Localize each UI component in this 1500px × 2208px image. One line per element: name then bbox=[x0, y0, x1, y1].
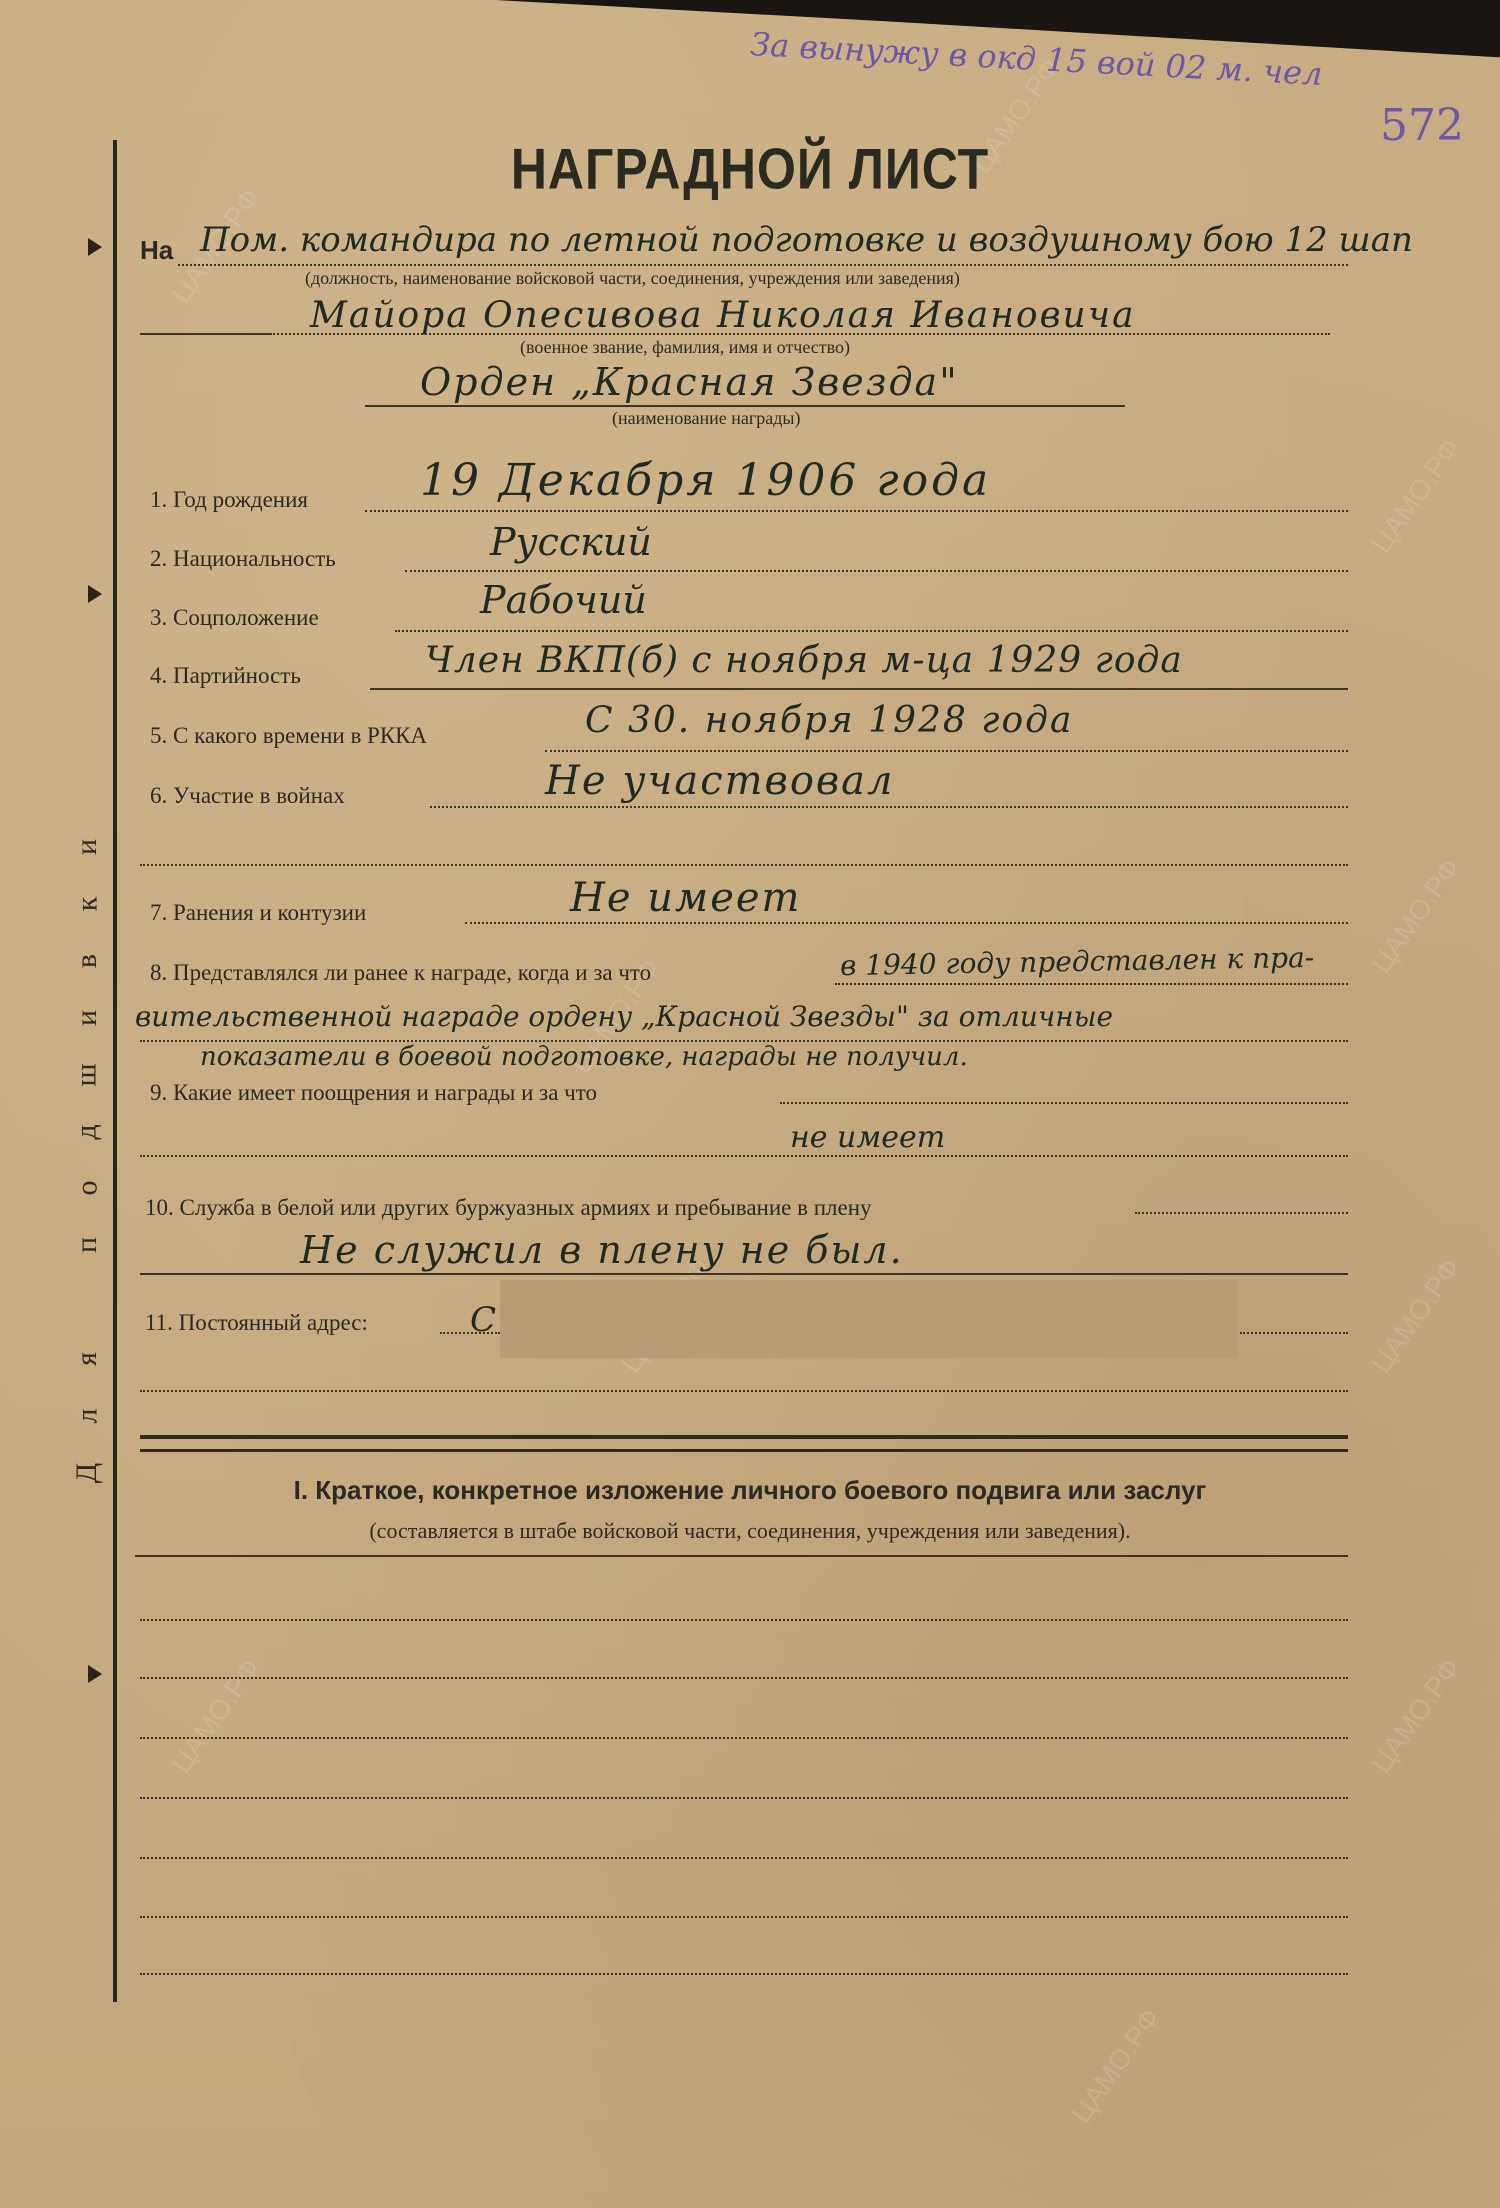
field-value-prev-award-2: вительственной награде ордену „Красной З… bbox=[135, 1000, 1113, 1033]
field-value-honors: не имеет bbox=[790, 1120, 945, 1155]
underline bbox=[140, 1273, 1348, 1275]
underline bbox=[178, 264, 1348, 266]
field-value-white-army: Не служил в плену не был. bbox=[300, 1228, 904, 1272]
underline bbox=[1240, 1332, 1348, 1334]
field-label-nationality: 2. Национальность bbox=[150, 546, 336, 572]
section-1-subtitle: (составляется в штабе войсковой части, с… bbox=[0, 1518, 1500, 1544]
underline bbox=[545, 750, 1348, 752]
field-label-birth: 1. Год рождения bbox=[150, 487, 308, 513]
field-label-prev-award: 8. Представлялся ли ранее к награде, ког… bbox=[150, 960, 651, 986]
underline bbox=[140, 1390, 1348, 1392]
field-label-party: 4. Партийность bbox=[150, 663, 301, 689]
field-label-white-army: 10. Служба в белой или других буржуазных… bbox=[145, 1195, 872, 1221]
field-value-party: Член ВКП(б) с ноября м-ца 1929 года bbox=[425, 640, 1183, 681]
field-label-wounds: 7. Ранения и контузии bbox=[150, 900, 366, 926]
underline bbox=[270, 333, 1330, 335]
name-caption: (военное звание, фамилия, имя и отчество… bbox=[520, 337, 850, 358]
margin-vertical-text: Для подшивки bbox=[62, 830, 112, 1490]
underline bbox=[465, 922, 1348, 924]
name-value: Майора Опесивова Николая Ивановича bbox=[310, 295, 1136, 336]
underline bbox=[365, 510, 1348, 512]
punch-mark bbox=[88, 238, 102, 256]
field-label-rkka: 5. С какого времени в РККА bbox=[150, 723, 427, 749]
field-value-birth: 19 Декабря 1906 года bbox=[420, 455, 991, 506]
writing-line bbox=[140, 1973, 1348, 1975]
writing-line bbox=[140, 1797, 1348, 1799]
writing-line bbox=[140, 1916, 1348, 1918]
underline bbox=[1135, 1212, 1348, 1214]
writing-line bbox=[140, 1619, 1348, 1621]
award-caption: (наименование награды) bbox=[612, 408, 801, 429]
underline bbox=[440, 1332, 500, 1334]
field-label-wars: 6. Участие в войнах bbox=[150, 783, 345, 809]
field-label-address: 11. Постоянный адрес: bbox=[145, 1310, 368, 1336]
position-caption: (должность, наименование войсковой части… bbox=[305, 268, 960, 289]
writing-line bbox=[140, 1737, 1348, 1739]
underline bbox=[140, 864, 1348, 866]
underline bbox=[395, 630, 1348, 632]
field-value-rkka: С 30. ноября 1928 года bbox=[585, 700, 1073, 741]
underline bbox=[835, 983, 1348, 985]
field-value-wounds: Не имеет bbox=[570, 875, 801, 921]
writing-line bbox=[140, 1857, 1348, 1859]
underline bbox=[140, 333, 270, 335]
field-value-prev-award-3: показатели в боевой подготовке, награды … bbox=[200, 1042, 968, 1072]
underline bbox=[140, 1155, 1348, 1157]
punch-mark bbox=[88, 1665, 102, 1683]
underline bbox=[430, 806, 1348, 808]
underline bbox=[135, 1555, 1348, 1557]
field-value-wars: Не участвовал bbox=[545, 758, 895, 804]
document-title: НАГРАДНОЙ ЛИСТ bbox=[0, 136, 1500, 203]
field-value-social: Рабочий bbox=[480, 578, 647, 622]
field-label-social: 3. Соцположение bbox=[150, 605, 319, 631]
section-1-title: I. Краткое, конкретное изложение личного… bbox=[0, 1475, 1500, 1506]
position-value: Пом. командира по летной подготовке и во… bbox=[200, 220, 1413, 260]
underline bbox=[365, 405, 1125, 407]
punch-mark bbox=[88, 585, 102, 603]
field-label-honors: 9. Какие имеет поощрения и награды и за … bbox=[150, 1080, 597, 1106]
underline bbox=[780, 1102, 1348, 1104]
binding-margin-line bbox=[113, 140, 117, 2002]
underline bbox=[370, 688, 1348, 690]
field-value-address: С bbox=[470, 1300, 496, 1340]
award-value: Орден „Красная Звезда" bbox=[420, 360, 959, 404]
field-value-nationality: Русский bbox=[490, 520, 652, 564]
section-divider bbox=[140, 1435, 1348, 1452]
underline bbox=[405, 570, 1348, 572]
redacted-address bbox=[500, 1280, 1238, 1358]
writing-line bbox=[140, 1677, 1348, 1679]
header-prefix: На bbox=[140, 235, 173, 266]
